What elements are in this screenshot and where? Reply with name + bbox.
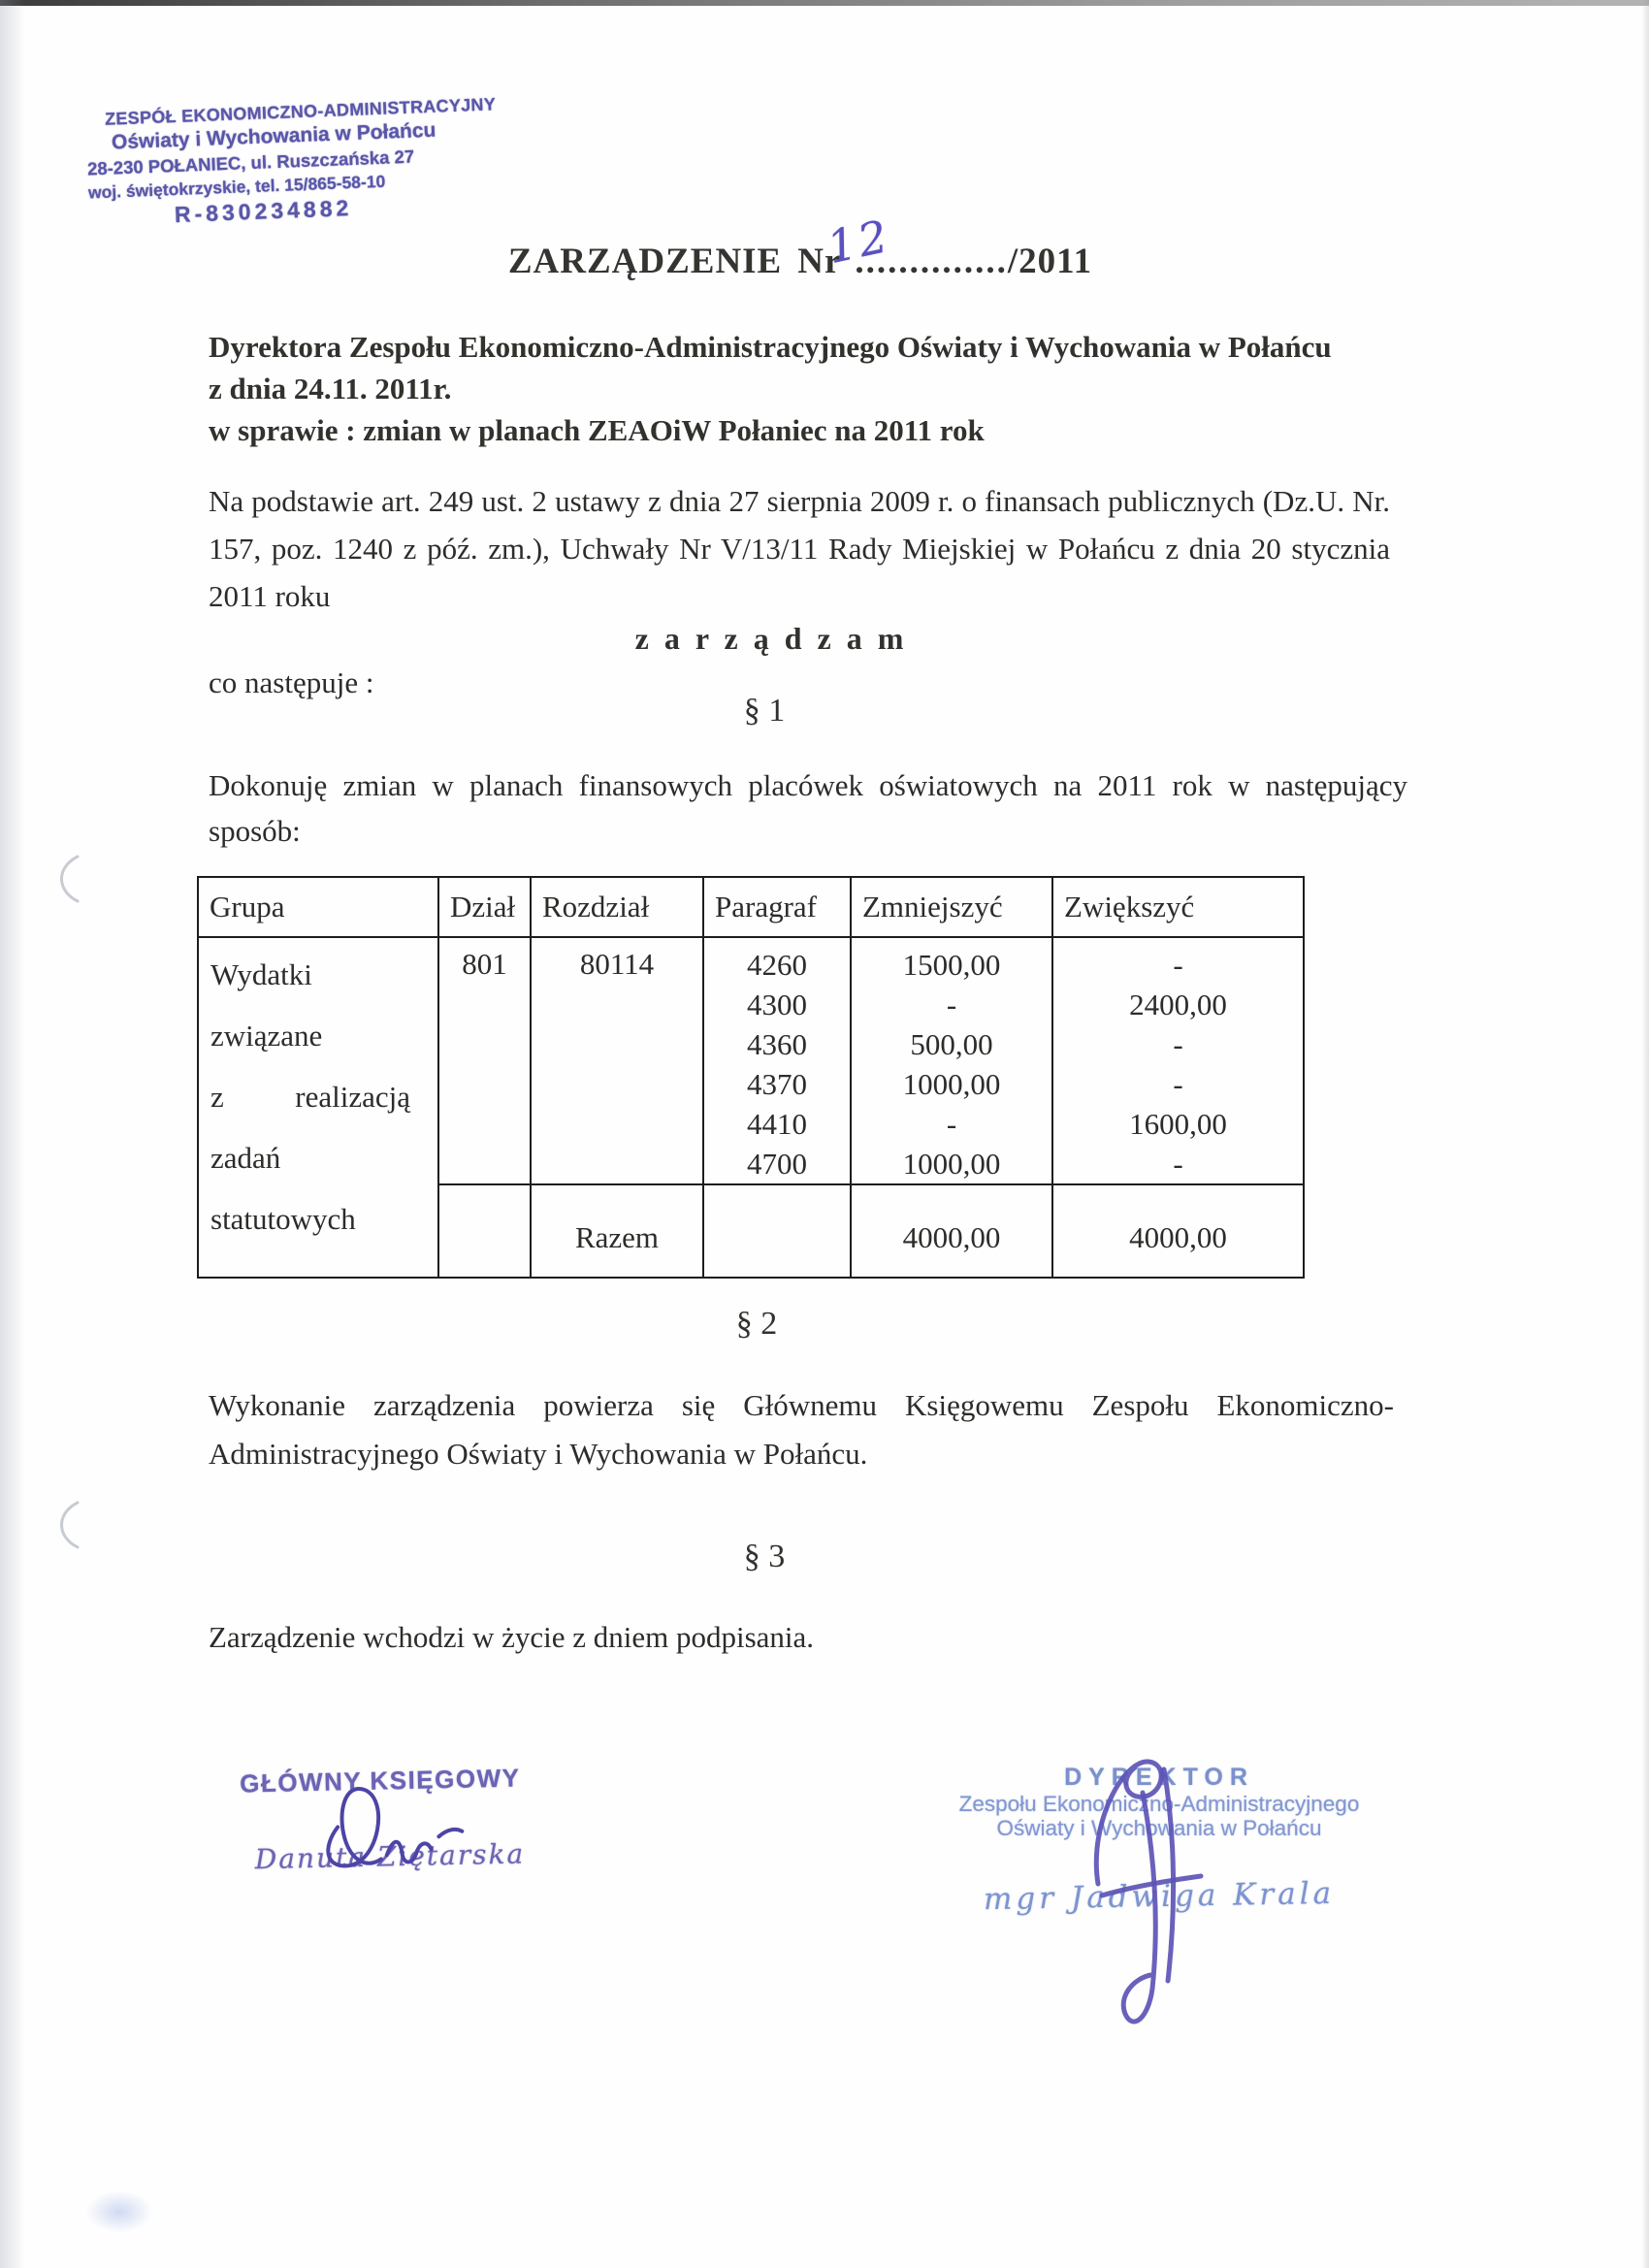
- title-year: /2011: [1008, 242, 1092, 281]
- chief-accountant-signature-block: GŁÓWNY KSIĘGOWY Danuta Ziętarska: [240, 1762, 571, 1875]
- cell-total-paragraf-empty: [703, 1184, 851, 1278]
- director-signature-block: DYREKTOR Zespołu Ekonomiczno-Administrac…: [951, 1764, 1368, 1914]
- cell-total-zwiekszyc: 4000,00: [1052, 1184, 1304, 1278]
- zwiekszyc-value: -: [1053, 1144, 1303, 1183]
- cell-paragraf-list: 4260 4300 4360 4370 4410 4700: [703, 937, 851, 1184]
- grupa-line: z realizacją: [210, 1066, 410, 1127]
- financial-changes-table: Grupa Dział Rozdział Paragraf Zmniejszyć…: [197, 876, 1305, 1279]
- cell-total-zmniejszyc: 4000,00: [851, 1184, 1052, 1278]
- scan-edge-artifact-right: [1641, 0, 1649, 2268]
- handwritten-signature-left: [300, 1774, 525, 1886]
- handwritten-signature-right: [1065, 1748, 1220, 2039]
- zmniejszyc-value: -: [852, 1104, 1051, 1144]
- intro-block: Dyrektora Zespołu Ekonomiczno-Administra…: [209, 326, 1450, 451]
- zwiekszyc-value: -: [1053, 1064, 1303, 1104]
- zwiekszyc-value: 2400,00: [1053, 985, 1303, 1024]
- section-2-mark: § 2: [0, 1306, 1581, 1343]
- cell-zwiekszyc-list: - 2400,00 - - 1600,00 -: [1052, 937, 1304, 1184]
- zwiekszyc-value: 1600,00: [1053, 1104, 1303, 1144]
- col-header-zmniejszyc: Zmniejszyć: [851, 877, 1052, 937]
- office-stamp: ZESPÓŁ EKONOMICZNO-ADMINISTRACYJNY Oświa…: [85, 96, 469, 232]
- title-word: ZARZĄDZENIE: [508, 242, 782, 281]
- paragraf-value: 4370: [704, 1064, 850, 1104]
- table-header-row: Grupa Dział Rozdział Paragraf Zmniejszyć…: [198, 877, 1304, 937]
- cell-rozdzial: 80114: [531, 937, 703, 1184]
- grupa-line: Wydatki: [210, 944, 428, 1005]
- grupa-line: związane: [210, 1005, 428, 1066]
- zwiekszyc-value: -: [1053, 945, 1303, 985]
- section-1-mark: § 1: [0, 693, 1589, 729]
- zmniejszyc-value: 1500,00: [852, 945, 1051, 985]
- section-3-mark: § 3: [0, 1539, 1589, 1575]
- table-body-row: Wydatki związane z realizacją zadań stat…: [198, 937, 1304, 1184]
- grupa-line: zadań: [210, 1127, 428, 1188]
- paragraf-value: 4700: [704, 1144, 850, 1183]
- paragraph-2-text: Wykonanie zarządzenia powierza się Główn…: [209, 1381, 1394, 1478]
- cell-grupa: Wydatki związane z realizacją zadań stat…: [198, 937, 438, 1278]
- grupa-line: statutowych: [210, 1188, 428, 1249]
- paragraf-value: 4300: [704, 985, 850, 1024]
- paragraph-1-text: Dokonuję zmian w planach finansowych pla…: [209, 762, 1407, 854]
- intro-line-date: z dnia 24.11. 2011r.: [209, 368, 1450, 409]
- zmniejszyc-value: -: [852, 985, 1051, 1024]
- cell-dzial: 801: [438, 937, 531, 1184]
- col-header-zwiekszyc: Zwiększyć: [1052, 877, 1304, 937]
- paragraf-value: 4360: [704, 1024, 850, 1064]
- col-header-dzial: Dział: [438, 877, 531, 937]
- cell-total-label: Razem: [531, 1184, 703, 1278]
- zmniejszyc-value: 1000,00: [852, 1144, 1051, 1183]
- paragraf-value: 4260: [704, 945, 850, 985]
- scan-edge-artifact-left: [0, 0, 25, 2268]
- grupa-word: z: [210, 1066, 224, 1127]
- col-header-rozdzial: Rozdział: [531, 877, 703, 937]
- paragraph-3-text: Zarządzenie wchodzi w życie z dniem podp…: [209, 1616, 1407, 1658]
- cell-zmniejszyc-list: 1500,00 - 500,00 1000,00 - 1000,00: [851, 937, 1052, 1184]
- scanned-document-page: ZESPÓŁ EKONOMICZNO-ADMINISTRACYJNY Oświa…: [0, 0, 1649, 2268]
- scan-ink-smudge: [85, 2190, 153, 2233]
- scan-edge-artifact-top: [0, 0, 1649, 6]
- document-title: ZARZĄDZENIENr............../2011 12: [0, 241, 1625, 282]
- order-word: z a r z ą d z a m: [0, 621, 1596, 657]
- paragraf-value: 4410: [704, 1104, 850, 1144]
- intro-line-issuer: Dyrektora Zespołu Ekonomiczno-Administra…: [209, 326, 1450, 368]
- intro-line-subject: w sprawie : zmian w planach ZEAOiW Połan…: [209, 409, 1450, 451]
- col-header-grupa: Grupa: [198, 877, 438, 937]
- legal-basis-paragraph: Na podstawie art. 249 ust. 2 ustawy z dn…: [209, 477, 1390, 620]
- zmniejszyc-value: 500,00: [852, 1024, 1051, 1064]
- page-curl-mark: [48, 854, 87, 904]
- grupa-word: realizacją: [295, 1066, 410, 1127]
- zwiekszyc-value: -: [1053, 1024, 1303, 1064]
- cell-total-dzial-empty: [438, 1184, 531, 1278]
- col-header-paragraf: Paragraf: [703, 877, 851, 937]
- zmniejszyc-value: 1000,00: [852, 1064, 1051, 1104]
